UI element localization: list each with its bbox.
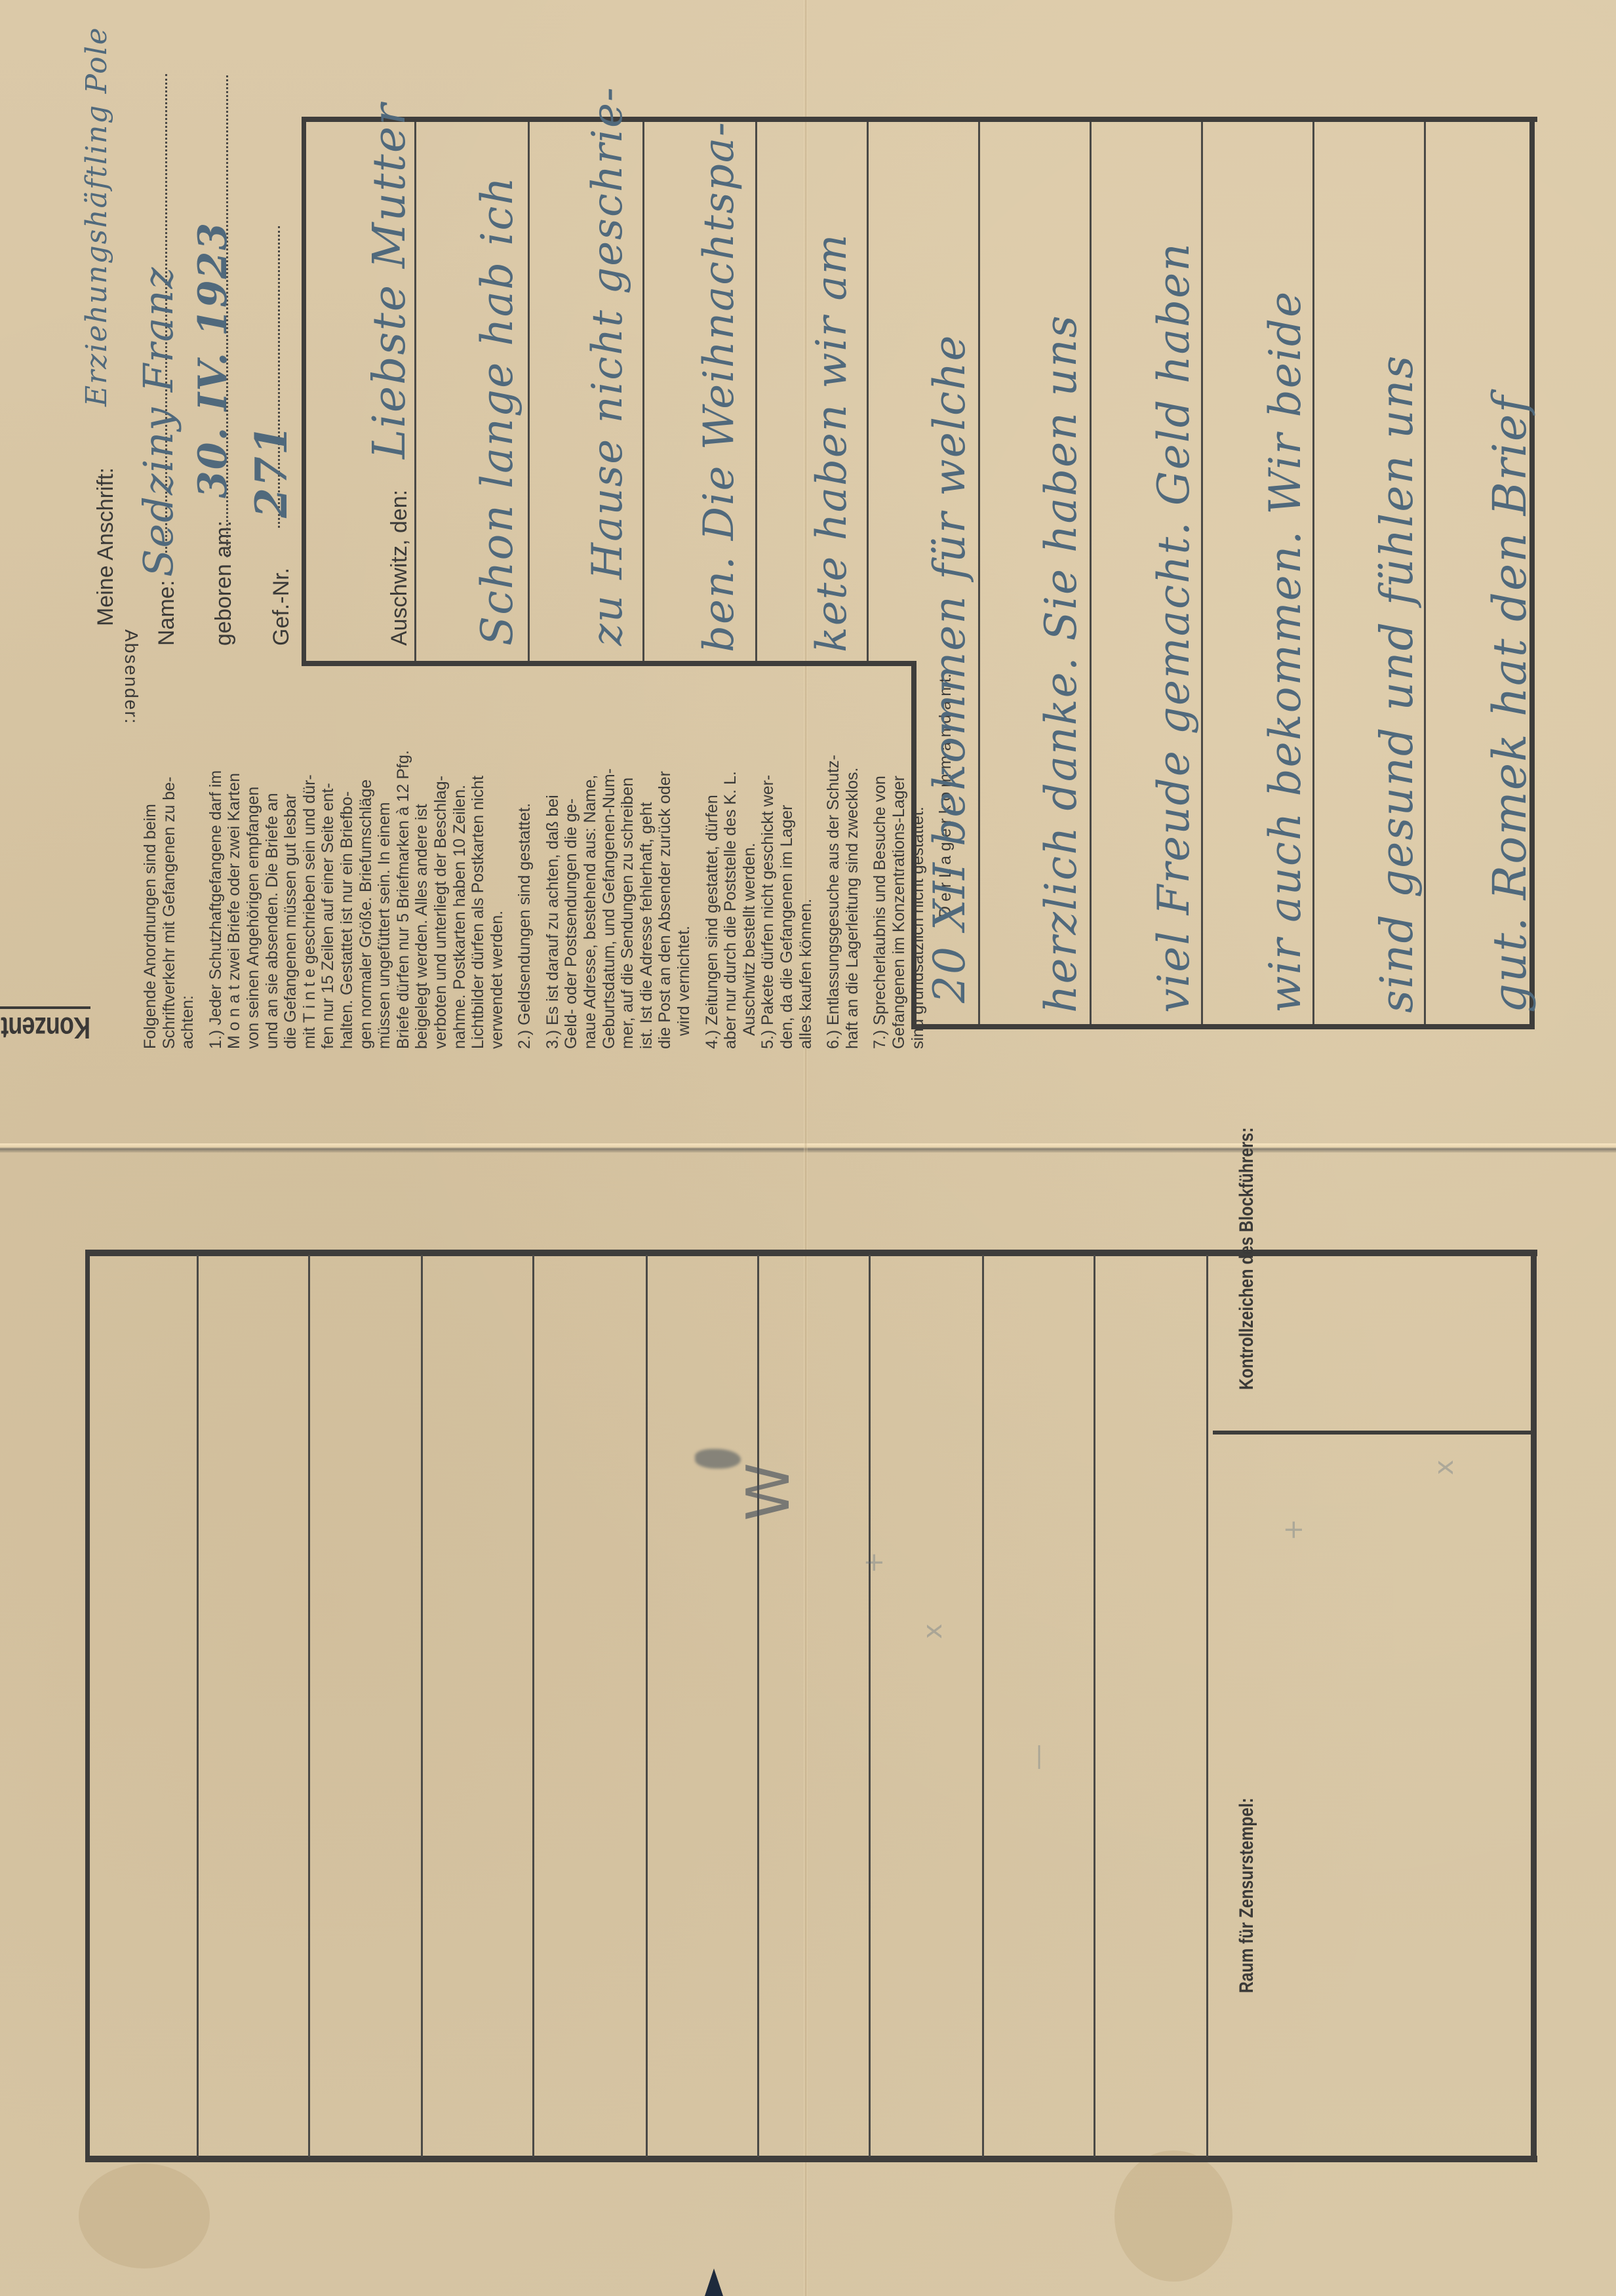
- reply-panel-right-border: [1531, 1250, 1537, 2162]
- rules-intro: Folgende Anordnungen sind beim Schriftve…: [141, 682, 197, 1049]
- rules-block: Konzentrationslager Auschwitz: [90, 617, 130, 1046]
- rule-item-1: 1.) Jeder Schutzhaftgefangene darf im M …: [207, 682, 507, 1049]
- letter-line: herzlich danke. Sie haben uns: [1036, 314, 1086, 1013]
- pencil-mark: +: [859, 1551, 889, 1574]
- horizontal-fold-crease: [0, 1143, 1616, 1153]
- reply-panel-bottom-border: [85, 2156, 1537, 2162]
- form-title: Konzentrationslager Auschwitz: [0, 1006, 90, 1046]
- letter-line: viel Freude gemacht. Geld haben: [1149, 242, 1199, 1013]
- letter-rule: [755, 122, 757, 661]
- censor-stamp-label: Raum für Zensurstempel:: [1236, 1798, 1258, 1993]
- place-date-label: Auschwitz, den:: [387, 490, 412, 646]
- prisoner-number-label: Gef.-Nr.: [269, 568, 294, 646]
- letter-line: zu Hause nicht geschrie-: [583, 86, 632, 646]
- letter-line: ben. Die Weihnachtspa-: [695, 121, 743, 652]
- stamp-area-divider: [1213, 1431, 1534, 1435]
- letter-rule: [978, 122, 980, 1024]
- letter-line: wir auch bekommen. Wir beide: [1260, 290, 1311, 1013]
- letter-box-step-border: [302, 661, 916, 666]
- rule-item-3: 3.) Es ist darauf zu achten, daß bei Gel…: [543, 682, 694, 1049]
- reply-rule: [1206, 1255, 1208, 2157]
- letter-box-step-left-border: [911, 661, 916, 1028]
- block-leader-mark-label: Kontrollzeichen des Blockführers:: [1236, 1127, 1258, 1390]
- letter-line: 20 XII bekommen für welche: [924, 334, 975, 1003]
- name-label: Name:: [154, 580, 180, 646]
- rule-item-5: 5.) Pakete dürfen nicht geschickt wer- d…: [759, 682, 815, 1049]
- letter-rule: [1424, 122, 1426, 1024]
- letter-box-bottom-border: [911, 1024, 1534, 1029]
- address-label: Meine Anschrift:: [93, 467, 119, 626]
- pencil-mark: x: [918, 1623, 948, 1639]
- letter-rule: [1201, 122, 1203, 1024]
- letter-rule: [867, 122, 869, 661]
- pencil-mark: W: [734, 1463, 803, 1521]
- name-field[interactable]: Sedziny Franz: [134, 266, 182, 577]
- paper-stain: [1114, 2150, 1232, 2282]
- reply-rule: [646, 1255, 648, 2157]
- rules-text-block: Folgende Anordnungen sind beim Schriftve…: [141, 682, 955, 1049]
- letter-box-left-border: [302, 117, 306, 666]
- reply-panel-top-border: [85, 1250, 1537, 1256]
- pencil-mark: x: [1429, 1459, 1459, 1475]
- rule-item-7: 7.) Sprecherlaubnis und Besuche von Gefa…: [871, 682, 927, 1049]
- pencil-mark: —: [1023, 1744, 1053, 1770]
- letter-rule: [1090, 122, 1092, 1024]
- letter-rule: [1312, 122, 1314, 1024]
- torn-notch: [705, 2268, 723, 2296]
- prisoner-number-field[interactable]: 271: [246, 424, 297, 518]
- birth-label: geboren am:: [211, 521, 237, 646]
- pencil-mark: +: [1278, 1518, 1309, 1541]
- letter-line: sind gesund und fühlen uns: [1371, 355, 1423, 1013]
- reply-rule: [308, 1255, 310, 2157]
- reply-rule: [197, 1255, 199, 2157]
- rule-item-2: 2.) Geldsendungen sind gestattet.: [515, 682, 534, 1049]
- letter-rule: [642, 122, 644, 661]
- letter-line: Liebste Mutter: [364, 102, 416, 459]
- reply-rule: [532, 1255, 534, 2157]
- address-value: Erziehungshäftling Pole: [80, 26, 113, 406]
- reply-rule: [421, 1255, 423, 2157]
- rule-item-6: 6.) Entlassungsgesuche aus der Schutz- h…: [824, 682, 861, 1049]
- reply-rule: [982, 1255, 984, 2157]
- reply-rule: [869, 1255, 871, 2157]
- paper-stain: [79, 2164, 210, 2268]
- rule-item-4: 4.) Zeitungen sind gestattet, dürfen abe…: [703, 682, 759, 1049]
- letter-rule: [528, 122, 530, 661]
- letter-box-top-border: [302, 117, 1537, 122]
- reply-panel-left-border: [85, 1250, 90, 2162]
- letter-line: Schon lange hab ich: [472, 176, 522, 646]
- pencil-smudge: [695, 1449, 741, 1469]
- reply-rule: [1094, 1255, 1095, 2157]
- letter-line: gut. Romek hat den Brief: [1483, 395, 1537, 1013]
- reply-rule: [757, 1255, 759, 2157]
- birth-date-field[interactable]: 30. IV. 1923: [190, 222, 236, 498]
- letter-line: kete haben wir am: [808, 233, 856, 652]
